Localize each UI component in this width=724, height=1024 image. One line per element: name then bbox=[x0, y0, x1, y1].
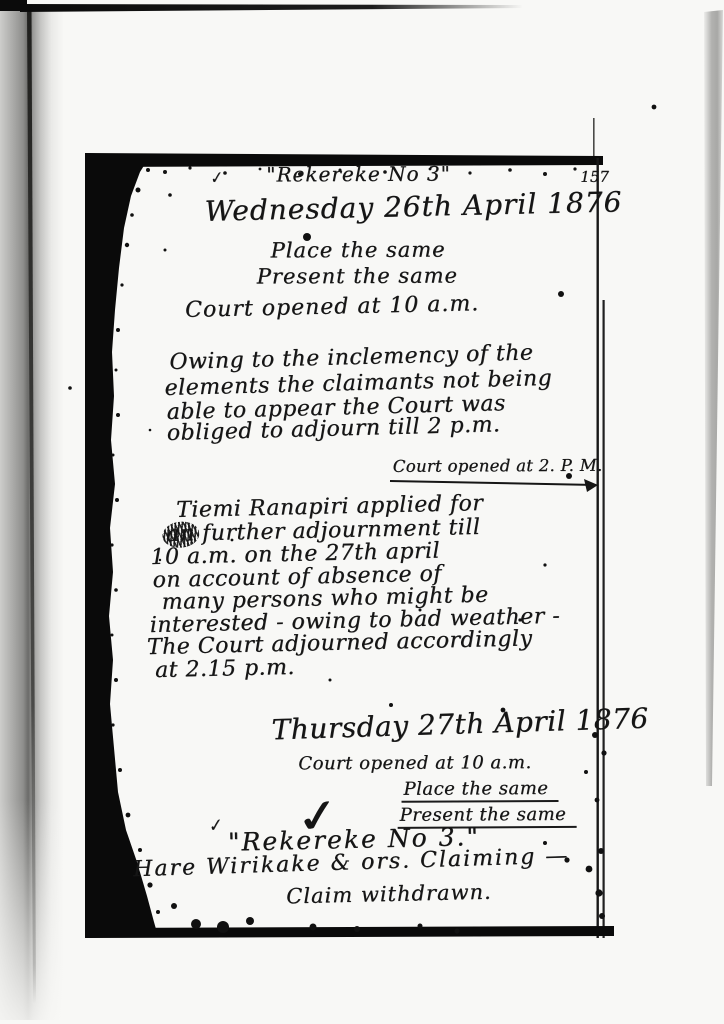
application-line: at 2.15 p.m. bbox=[155, 655, 295, 683]
court-reopened-line: Court opened at 2. P. M. bbox=[393, 456, 603, 476]
outcome-line: Claim withdrawn. bbox=[286, 880, 492, 909]
margin-tick-top: ✓ bbox=[207, 168, 224, 189]
court-opened-line-wednesday: Court opened at 10 a.m. bbox=[185, 291, 480, 323]
place-line-text: Place the same bbox=[401, 778, 558, 803]
date-heading-thursday: Thursday 27th April 1876 bbox=[271, 702, 649, 747]
case-title-header: "Rekereke No 3" bbox=[266, 162, 451, 187]
place-line-thursday: Place the same bbox=[401, 778, 558, 800]
page-number: 157 bbox=[580, 168, 609, 186]
manuscript-text: ✓ "Rekereke No 3" 157 Wednesday 26th Apr… bbox=[0, 0, 724, 1024]
date-heading-wednesday: Wednesday 26th April 1876 bbox=[204, 185, 622, 227]
court-opened-line-thursday: Court opened at 10 a.m. bbox=[298, 752, 531, 774]
book-scan-page: ✓ "Rekereke No 3" 157 Wednesday 26th Apr… bbox=[0, 0, 724, 1024]
present-line-wednesday: Present the same bbox=[257, 263, 458, 288]
margin-tick-bottom: ✓ bbox=[206, 815, 224, 837]
place-line-wednesday: Place the same bbox=[271, 238, 446, 263]
